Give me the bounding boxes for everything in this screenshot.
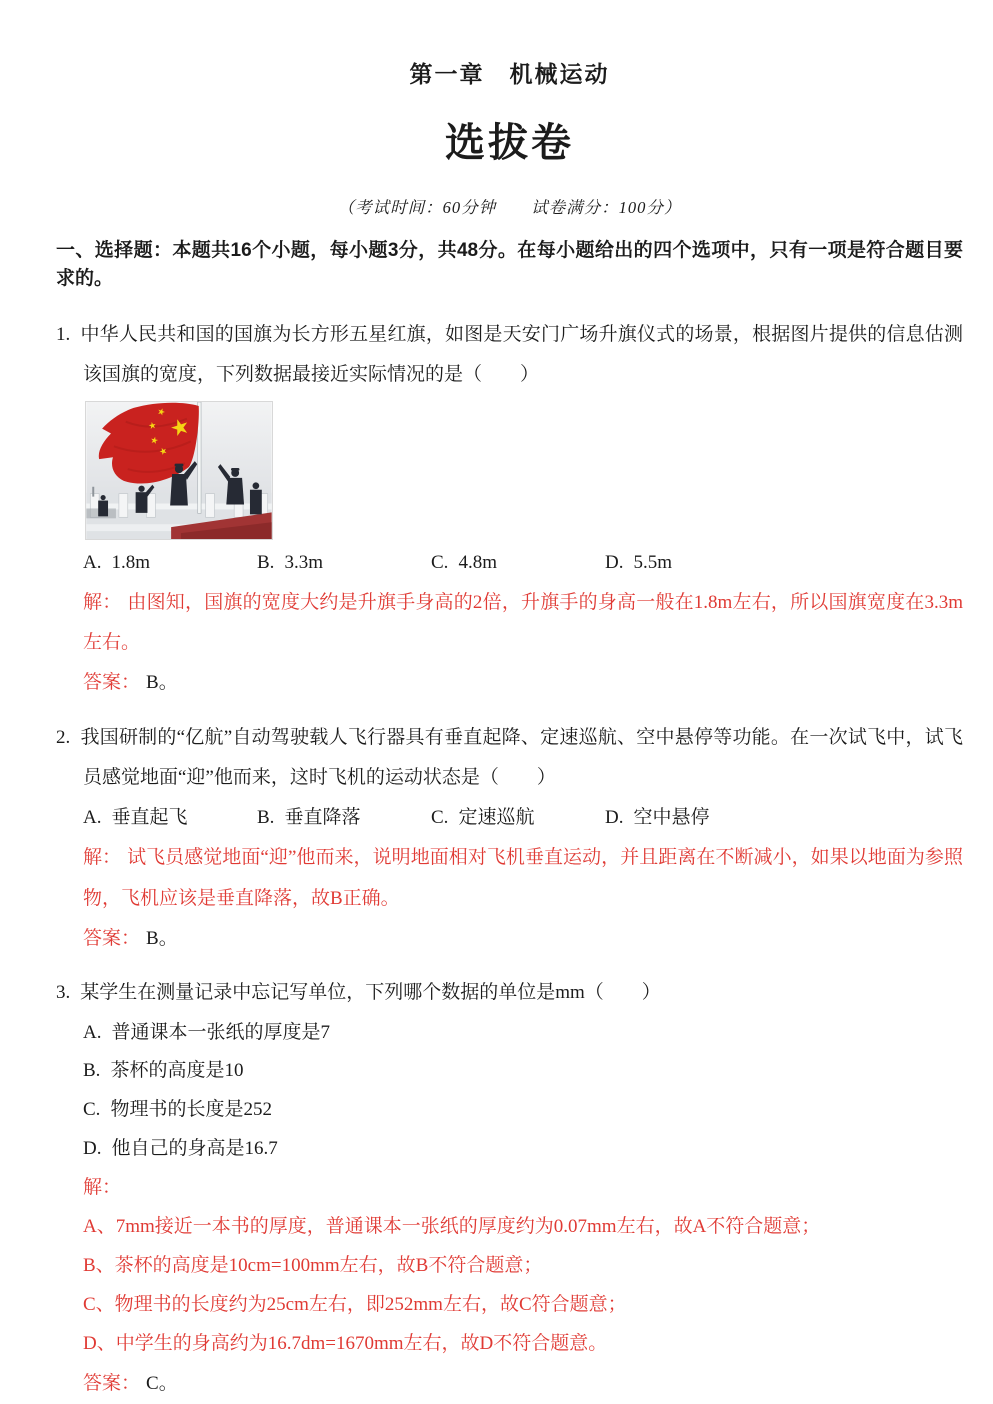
tiananmen-flag-raising-photo [85, 401, 273, 540]
question-3-option-b: B.茶杯的高度是10 [83, 1052, 963, 1091]
question-1-figure [85, 401, 963, 540]
exam-page: 第一章 机械运动 选拔卷 （考试时间：60分钟 试卷满分：100分） 一、选择题… [0, 0, 993, 1404]
question-3-stem-text: 某学生在测量记录中忘记写单位，下列哪个数据的单位是mm（ ） [80, 982, 661, 1003]
question-3-explanation-c: C、物理书的长度约为25cm左右，即252mm左右，故C符合题意； [56, 1286, 963, 1325]
question-1-option-c: C.4.8m [431, 543, 605, 583]
exam-info: （考试时间：60分钟 试卷满分：100分） [56, 194, 963, 218]
question-3: 3.某学生在测量记录中忘记写单位，下列哪个数据的单位是mm（ ） A.普通课本一… [56, 973, 963, 1404]
question-2-stem-text: 我国研制的“亿航”自动驾驶载人飞行器具有垂直起降、定速巡航、空中悬停等功能。在一… [80, 727, 963, 788]
question-2-option-a: A.垂直起飞 [83, 798, 257, 838]
question-3-number: 3. [56, 982, 70, 1003]
question-1-number: 1. [56, 324, 70, 345]
question-1-option-a: A.1.8m [83, 543, 257, 583]
question-3-answer: 答案：C。 [56, 1364, 963, 1404]
section-heading: 一、选择题：本题共16个小题，每小题3分，共48分。在每小题给出的四个选项中，只… [56, 237, 963, 292]
question-1-stem-text: 中华人民共和国的国旗为长方形五星红旗，如图是天安门广场升旗仪式的场景，根据图片提… [80, 324, 963, 385]
question-1-stem: 1.中华人民共和国的国旗为长方形五星红旗，如图是天安门广场升旗仪式的场景，根据图… [56, 315, 963, 396]
chapter-title: 第一章 机械运动 [56, 56, 963, 89]
question-3-option-a: A.普通课本一张纸的厚度是7 [83, 1014, 963, 1053]
question-3-explanation-d: D、中学生的身高约为16.7dm=1670mm左右，故D不符合题意。 [56, 1325, 963, 1364]
question-1-explanation: 解：由图知，国旗的宽度大约是升旗手身高的2倍，升旗手的身高一般在1.8m左右，所… [56, 583, 963, 664]
question-2-options: A.垂直起飞 B.垂直降落 C.定速巡航 D.空中悬停 [56, 798, 963, 838]
question-2-stem: 2.我国研制的“亿航”自动驾驶载人飞行器具有垂直起降、定速巡航、空中悬停等功能。… [56, 718, 963, 799]
question-3-options: A.普通课本一张纸的厚度是7 B.茶杯的高度是10 C.物理书的长度是252 D… [56, 1014, 963, 1170]
question-1-option-d: D.5.5m [605, 543, 672, 583]
question-2-number: 2. [56, 727, 70, 748]
question-2-option-b: B.垂直降落 [257, 798, 431, 838]
paper-title: 选拔卷 [56, 111, 963, 168]
question-1: 1.中华人民共和国的国旗为长方形五星红旗，如图是天安门广场升旗仪式的场景，根据图… [56, 315, 963, 704]
question-3-explanation-a: A、7mm接近一本书的厚度，普通课本一张纸的厚度约为0.07mm左右，故A不符合… [56, 1208, 963, 1247]
question-2-option-c: C.定速巡航 [431, 798, 605, 838]
question-3-option-c: C.物理书的长度是252 [83, 1091, 963, 1130]
question-1-option-b: B.3.3m [257, 543, 431, 583]
question-3-explanation-b: B、茶杯的高度是10cm=100mm左右，故B不符合题意； [56, 1247, 963, 1286]
question-2: 2.我国研制的“亿航”自动驾驶载人飞行器具有垂直起降、定速巡航、空中悬停等功能。… [56, 718, 963, 960]
question-2-option-d: D.空中悬停 [605, 798, 710, 838]
question-3-stem: 3.某学生在测量记录中忘记写单位，下列哪个数据的单位是mm（ ） [56, 973, 963, 1013]
question-2-explanation: 解：试飞员感觉地面“迎”他而来，说明地面相对飞机垂直运动，并且距离在不断减小，如… [56, 838, 963, 919]
question-2-answer: 答案：B。 [56, 919, 963, 959]
question-1-answer: 答案：B。 [56, 663, 963, 703]
question-3-explanation-label: 解： [56, 1169, 963, 1208]
question-1-options: A.1.8m B.3.3m C.4.8m D.5.5m [56, 543, 963, 583]
question-3-option-d: D.他自己的身高是16.7 [83, 1130, 963, 1169]
